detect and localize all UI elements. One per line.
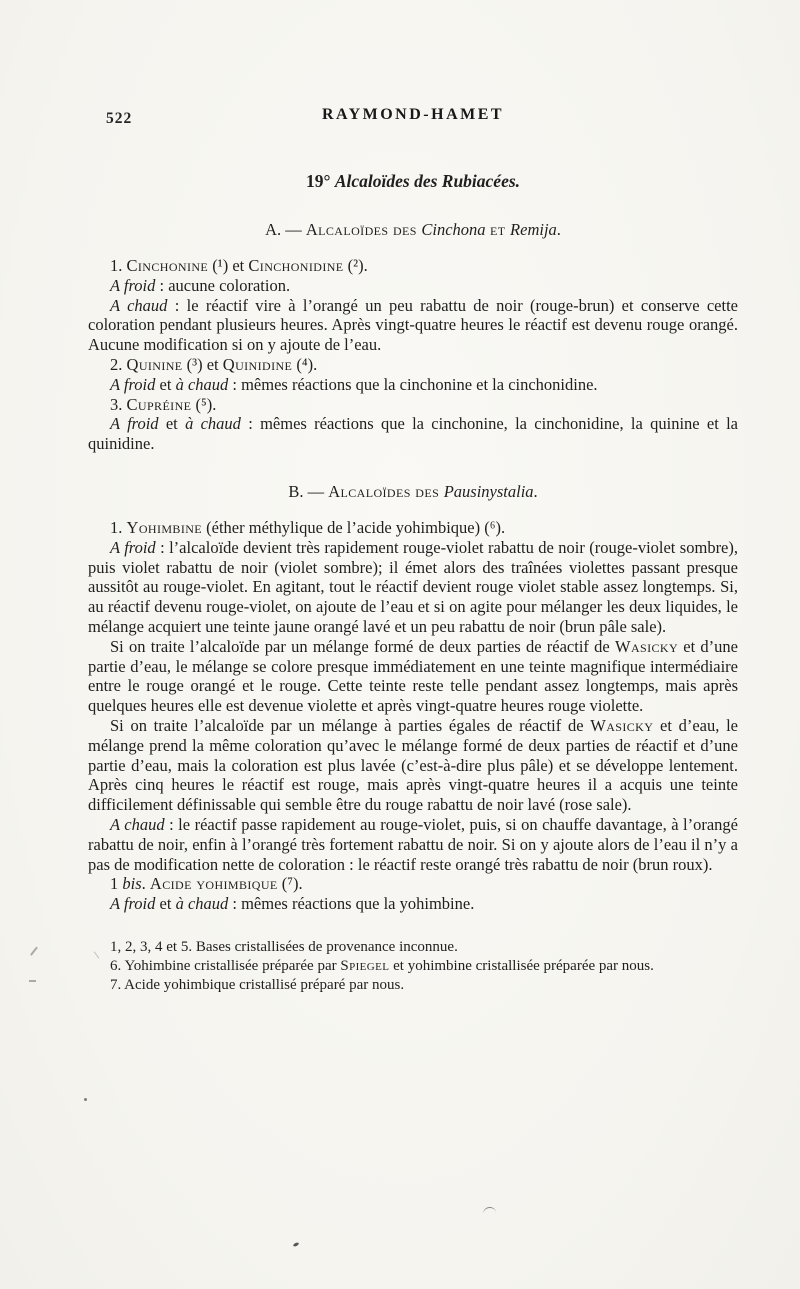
text-run: (²).	[344, 256, 368, 275]
text-run: Wasicky	[615, 637, 678, 656]
scan-artifact-speck	[293, 1242, 300, 1247]
scan-artifact-dot	[84, 1098, 87, 1101]
text-run: A. —	[265, 220, 306, 239]
text-run: : mêmes réactions que la cinchonine et l…	[228, 375, 597, 394]
text-run: Si on traite l’alcaloïde par un mélange …	[110, 637, 615, 656]
text-run: 19°	[306, 171, 335, 191]
page-surface: 522 RAYMOND-HAMET 19° Alcaloïdes des Rub…	[0, 0, 800, 1289]
text-run: : mêmes réactions que la yohimbine.	[228, 894, 474, 913]
text-run: et	[159, 414, 186, 433]
item-1bis-acide-yohimbique: 1 bis. Acide yohimbique (⁷).	[88, 874, 738, 894]
reaction-a-froid-cinchonine: A froid : aucune coloration.	[88, 276, 738, 296]
section-title: 19° Alcaloïdes des Rubiacées.	[88, 170, 738, 192]
text-run: Alcaloïdes des Rubiacées.	[335, 171, 520, 191]
item-1-cinchonine: 1. Cinchonine (¹) et Cinchonidine (²).	[88, 256, 738, 276]
text-run: : le réactif vire à l’orangé un peu raba…	[88, 296, 738, 355]
text-run: .	[557, 220, 561, 239]
text-run: (¹) et	[208, 256, 248, 275]
scan-artifact-slash	[30, 947, 37, 956]
footnote-6: 6. Yohimbine cristallisée préparée par S…	[88, 957, 738, 976]
text-run: (⁴).	[292, 355, 317, 374]
text-run: 3.	[110, 395, 127, 414]
scanned-book-page: { "page": { "number": "522", "running_ti…	[0, 0, 800, 1289]
text-run: (⁷).	[278, 874, 303, 893]
reaction-a-chaud-cinchonine: A chaud : le réactif vire à l’orangé un …	[88, 296, 738, 355]
text-run: 2.	[110, 355, 127, 374]
reaction-a-froid-yohimbine: A froid : l’alcaloïde devient très rapid…	[88, 538, 738, 637]
text-run: A froid	[110, 538, 156, 557]
text-run: à chaud	[185, 414, 241, 433]
text-run: et	[155, 894, 175, 913]
text-run: 6. Yohimbine cristallisée préparée par	[110, 958, 340, 974]
wasicky-mixture-two-to-one: Si on traite l’alcaloïde par un mélange …	[88, 637, 738, 716]
subsection-a-heading: A. — Alcaloïdes des Cinchona et Remija.	[88, 219, 738, 240]
wasicky-mixture-equal-parts: Si on traite l’alcaloïde par un mélange …	[88, 716, 738, 815]
footnote-7: 7. Acide yohimbique cristallisé préparé …	[88, 976, 738, 995]
page-number: 522	[106, 110, 132, 128]
reaction-acide-yohimbique: A froid et à chaud : mêmes réactions que…	[88, 894, 738, 914]
text-run: : l’alcaloïde devient très rapidement ro…	[88, 538, 738, 636]
text-run: bis	[122, 874, 141, 893]
text-run: .	[142, 874, 150, 893]
subsection-b-heading: B. — Alcaloïdes des Pausinystalia.	[88, 481, 738, 502]
text-run: 1	[110, 874, 122, 893]
text-run: (⁵).	[191, 395, 216, 414]
footnotes-block: 1, 2, 3, 4 et 5. Bases cristallisées de …	[88, 938, 738, 995]
reaction-quinine: A froid et à chaud : mêmes réactions que…	[88, 375, 738, 395]
text-run: Quinine	[127, 355, 183, 374]
text-run: Cinchonine	[127, 256, 209, 275]
text-run: à chaud	[176, 894, 229, 913]
text-run: : aucune coloration.	[155, 276, 290, 295]
text-column: 522 RAYMOND-HAMET 19° Alcaloïdes des Rub…	[88, 0, 738, 995]
item-3-cupreine: 3. Cupréine (⁵).	[88, 395, 738, 415]
text-run: Remija	[510, 220, 557, 239]
text-run: Wasicky	[590, 716, 653, 735]
scan-artifact-dash	[29, 980, 36, 982]
text-run: (éther méthylique de l’acide yohimbique)…	[202, 518, 505, 537]
text-run: Spiegel	[340, 958, 389, 974]
text-run: Cinchona	[421, 220, 485, 239]
text-run: et	[155, 375, 175, 394]
text-run: et yohimbine cristallisée préparée par n…	[389, 958, 654, 974]
text-run: Acide yohimbique	[150, 874, 278, 893]
body-blocks: 19° Alcaloïdes des Rubiacées.A. — Alcalo…	[88, 170, 738, 914]
page-header: 522 RAYMOND-HAMET	[88, 0, 738, 128]
text-run: Alcaloïdes des	[306, 220, 422, 239]
text-run: à chaud	[176, 375, 229, 394]
text-run: 7. Acide yohimbique cristallisé préparé …	[110, 977, 404, 993]
scan-artifact-squiggle	[483, 1206, 497, 1214]
text-run: Alcaloïdes des	[328, 482, 444, 501]
text-run: et	[486, 220, 511, 239]
running-title: RAYMOND-HAMET	[322, 106, 504, 123]
text-run: B. —	[288, 482, 328, 501]
text-run: Cupréine	[127, 395, 192, 414]
text-run: : le réactif passe rapidement au rouge-v…	[88, 815, 738, 874]
text-run: Si on traite l’alcaloïde par un mélange …	[110, 716, 590, 735]
reaction-a-chaud-yohimbine: A chaud : le réactif passe rapidement au…	[88, 815, 738, 874]
text-run: Quinidine	[223, 355, 293, 374]
text-run: A froid	[110, 414, 159, 433]
text-run: .	[534, 482, 538, 501]
text-run: A froid	[110, 894, 155, 913]
text-run: Cinchonidine	[248, 256, 343, 275]
reaction-cupreine: A froid et à chaud : mêmes réactions que…	[88, 414, 738, 454]
text-run: 1.	[110, 256, 127, 275]
text-run: Yohimbine	[127, 518, 203, 537]
text-run: A froid	[110, 276, 155, 295]
item-1-yohimbine: 1. Yohimbine (éther méthylique de l’acid…	[88, 518, 738, 538]
footnote-1-to-5: 1, 2, 3, 4 et 5. Bases cristallisées de …	[88, 938, 738, 957]
text-run: A chaud	[110, 296, 167, 315]
text-run: 1, 2, 3, 4 et 5. Bases cristallisées de …	[110, 939, 458, 955]
text-run: A chaud	[110, 815, 165, 834]
text-run: Pausinystalia	[444, 482, 534, 501]
text-run: (³) et	[183, 355, 223, 374]
item-2-quinine: 2. Quinine (³) et Quinidine (⁴).	[88, 355, 738, 375]
text-run: 1.	[110, 518, 127, 537]
text-run: A froid	[110, 375, 155, 394]
